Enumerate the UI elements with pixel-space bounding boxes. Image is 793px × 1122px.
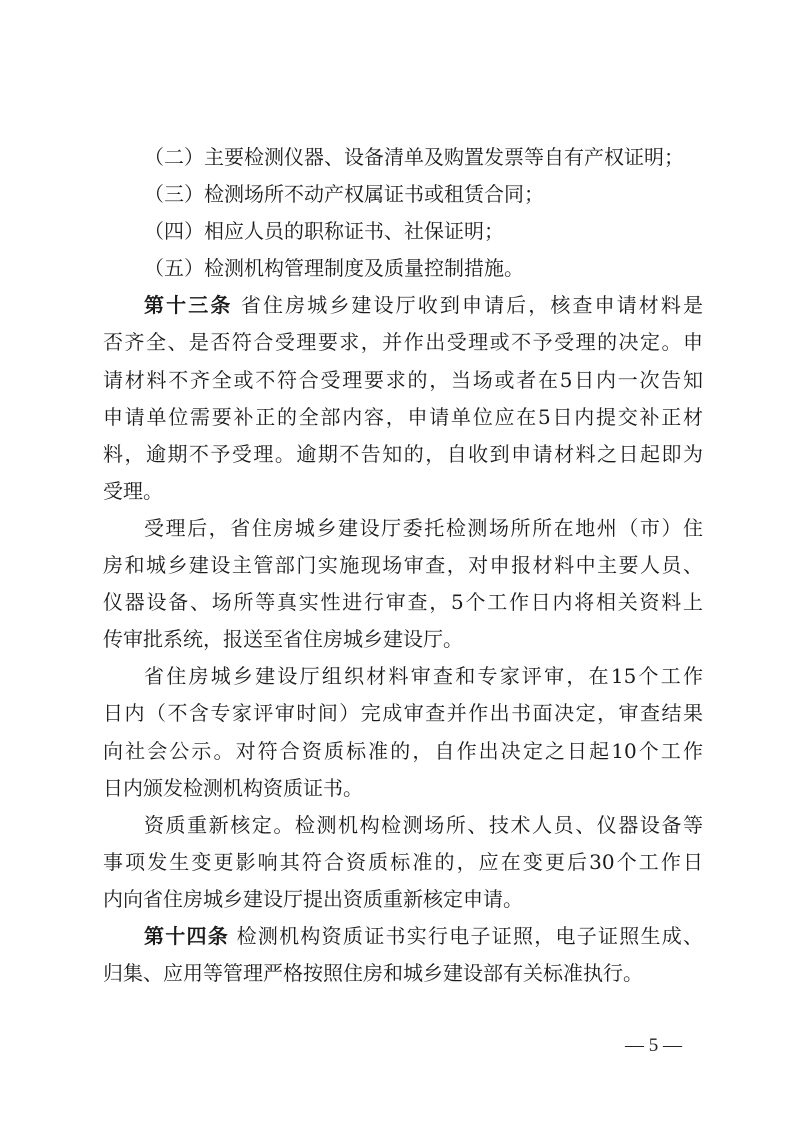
article-13-heading: 第十三条 (144, 293, 232, 317)
article-14-line: 归集、应用等管理严格按照住房和城乡建设部有关标准执行。 (103, 955, 703, 992)
article-13-line: 请材料不齐全或不符合受理要求的，当场或者在5日内一次告知 (103, 362, 703, 399)
article-13-first-line: 第十三条 省住房城乡建设厅收到申请后，核查申请材料是 (103, 287, 703, 324)
article-13-line: 受理。 (103, 473, 703, 510)
recheck-paragraph-line: 资质重新核定。检测机构检测场所、技术人员、仪器设备等 (103, 807, 703, 844)
recheck-paragraph-line: 内向省住房城乡建设厅提出资质重新核定申请。 (103, 881, 703, 918)
document-page: （二）主要检测仪器、设备清单及购置发票等自有产权证明； （三）检测场所不动产权属… (0, 0, 793, 1122)
article-14-text: 检测机构资质证书实行电子证照，电子证照生成、 (237, 924, 703, 948)
list-item-2: （二）主要检测仪器、设备清单及购置发票等自有产权证明； (103, 139, 703, 176)
article-13-text: 省住房城乡建设厅收到申请后，核查申请材料是 (241, 293, 703, 317)
list-item-4: （四）相应人员的职称证书、社保证明； (103, 213, 703, 250)
list-item-5: （五）检测机构管理制度及质量控制措施。 (103, 250, 703, 287)
expert-review-paragraph-line: 日内颁发检测机构资质证书。 (103, 770, 703, 807)
onsite-review-paragraph-line: 仪器设备、场所等真实性进行审查，5个工作日内将相关资料上 (103, 584, 703, 621)
article-13-line: 申请单位需要补正的全部内容，申请单位应在5日内提交补正材 (103, 399, 703, 436)
onsite-review-paragraph-line: 传审批系统，报送至省住房城乡建设厅。 (103, 621, 703, 658)
article-13-line: 料，逾期不予受理。逾期不告知的，自收到申请材料之日起即为 (103, 436, 703, 473)
article-14-first-line: 第十四条 检测机构资质证书实行电子证照，电子证照生成、 (103, 918, 703, 955)
document-body: （二）主要检测仪器、设备清单及购置发票等自有产权证明； （三）检测场所不动产权属… (103, 139, 703, 992)
expert-review-paragraph-line: 日内（不含专家评审时间）完成审查并作出书面决定，审查结果 (103, 695, 703, 732)
expert-review-paragraph-line: 省住房城乡建设厅组织材料审查和专家评审，在15个工作 (103, 658, 703, 695)
page-number: — 5 — (625, 1035, 682, 1057)
list-item-3: （三）检测场所不动产权属证书或租赁合同； (103, 176, 703, 213)
onsite-review-paragraph-line: 房和城乡建设主管部门实施现场审查，对申报材料中主要人员、 (103, 547, 703, 584)
article-13-line: 否齐全、是否符合受理要求，并作出受理或不予受理的决定。申 (103, 324, 703, 361)
article-14-heading: 第十四条 (144, 924, 229, 948)
onsite-review-paragraph-line: 受理后，省住房城乡建设厅委托检测场所所在地州（市）住 (103, 510, 703, 547)
recheck-paragraph-line: 事项发生变更影响其符合资质标准的，应在变更后30个工作日 (103, 844, 703, 881)
expert-review-paragraph-line: 向社会公示。对符合资质标准的，自作出决定之日起10个工作 (103, 733, 703, 770)
